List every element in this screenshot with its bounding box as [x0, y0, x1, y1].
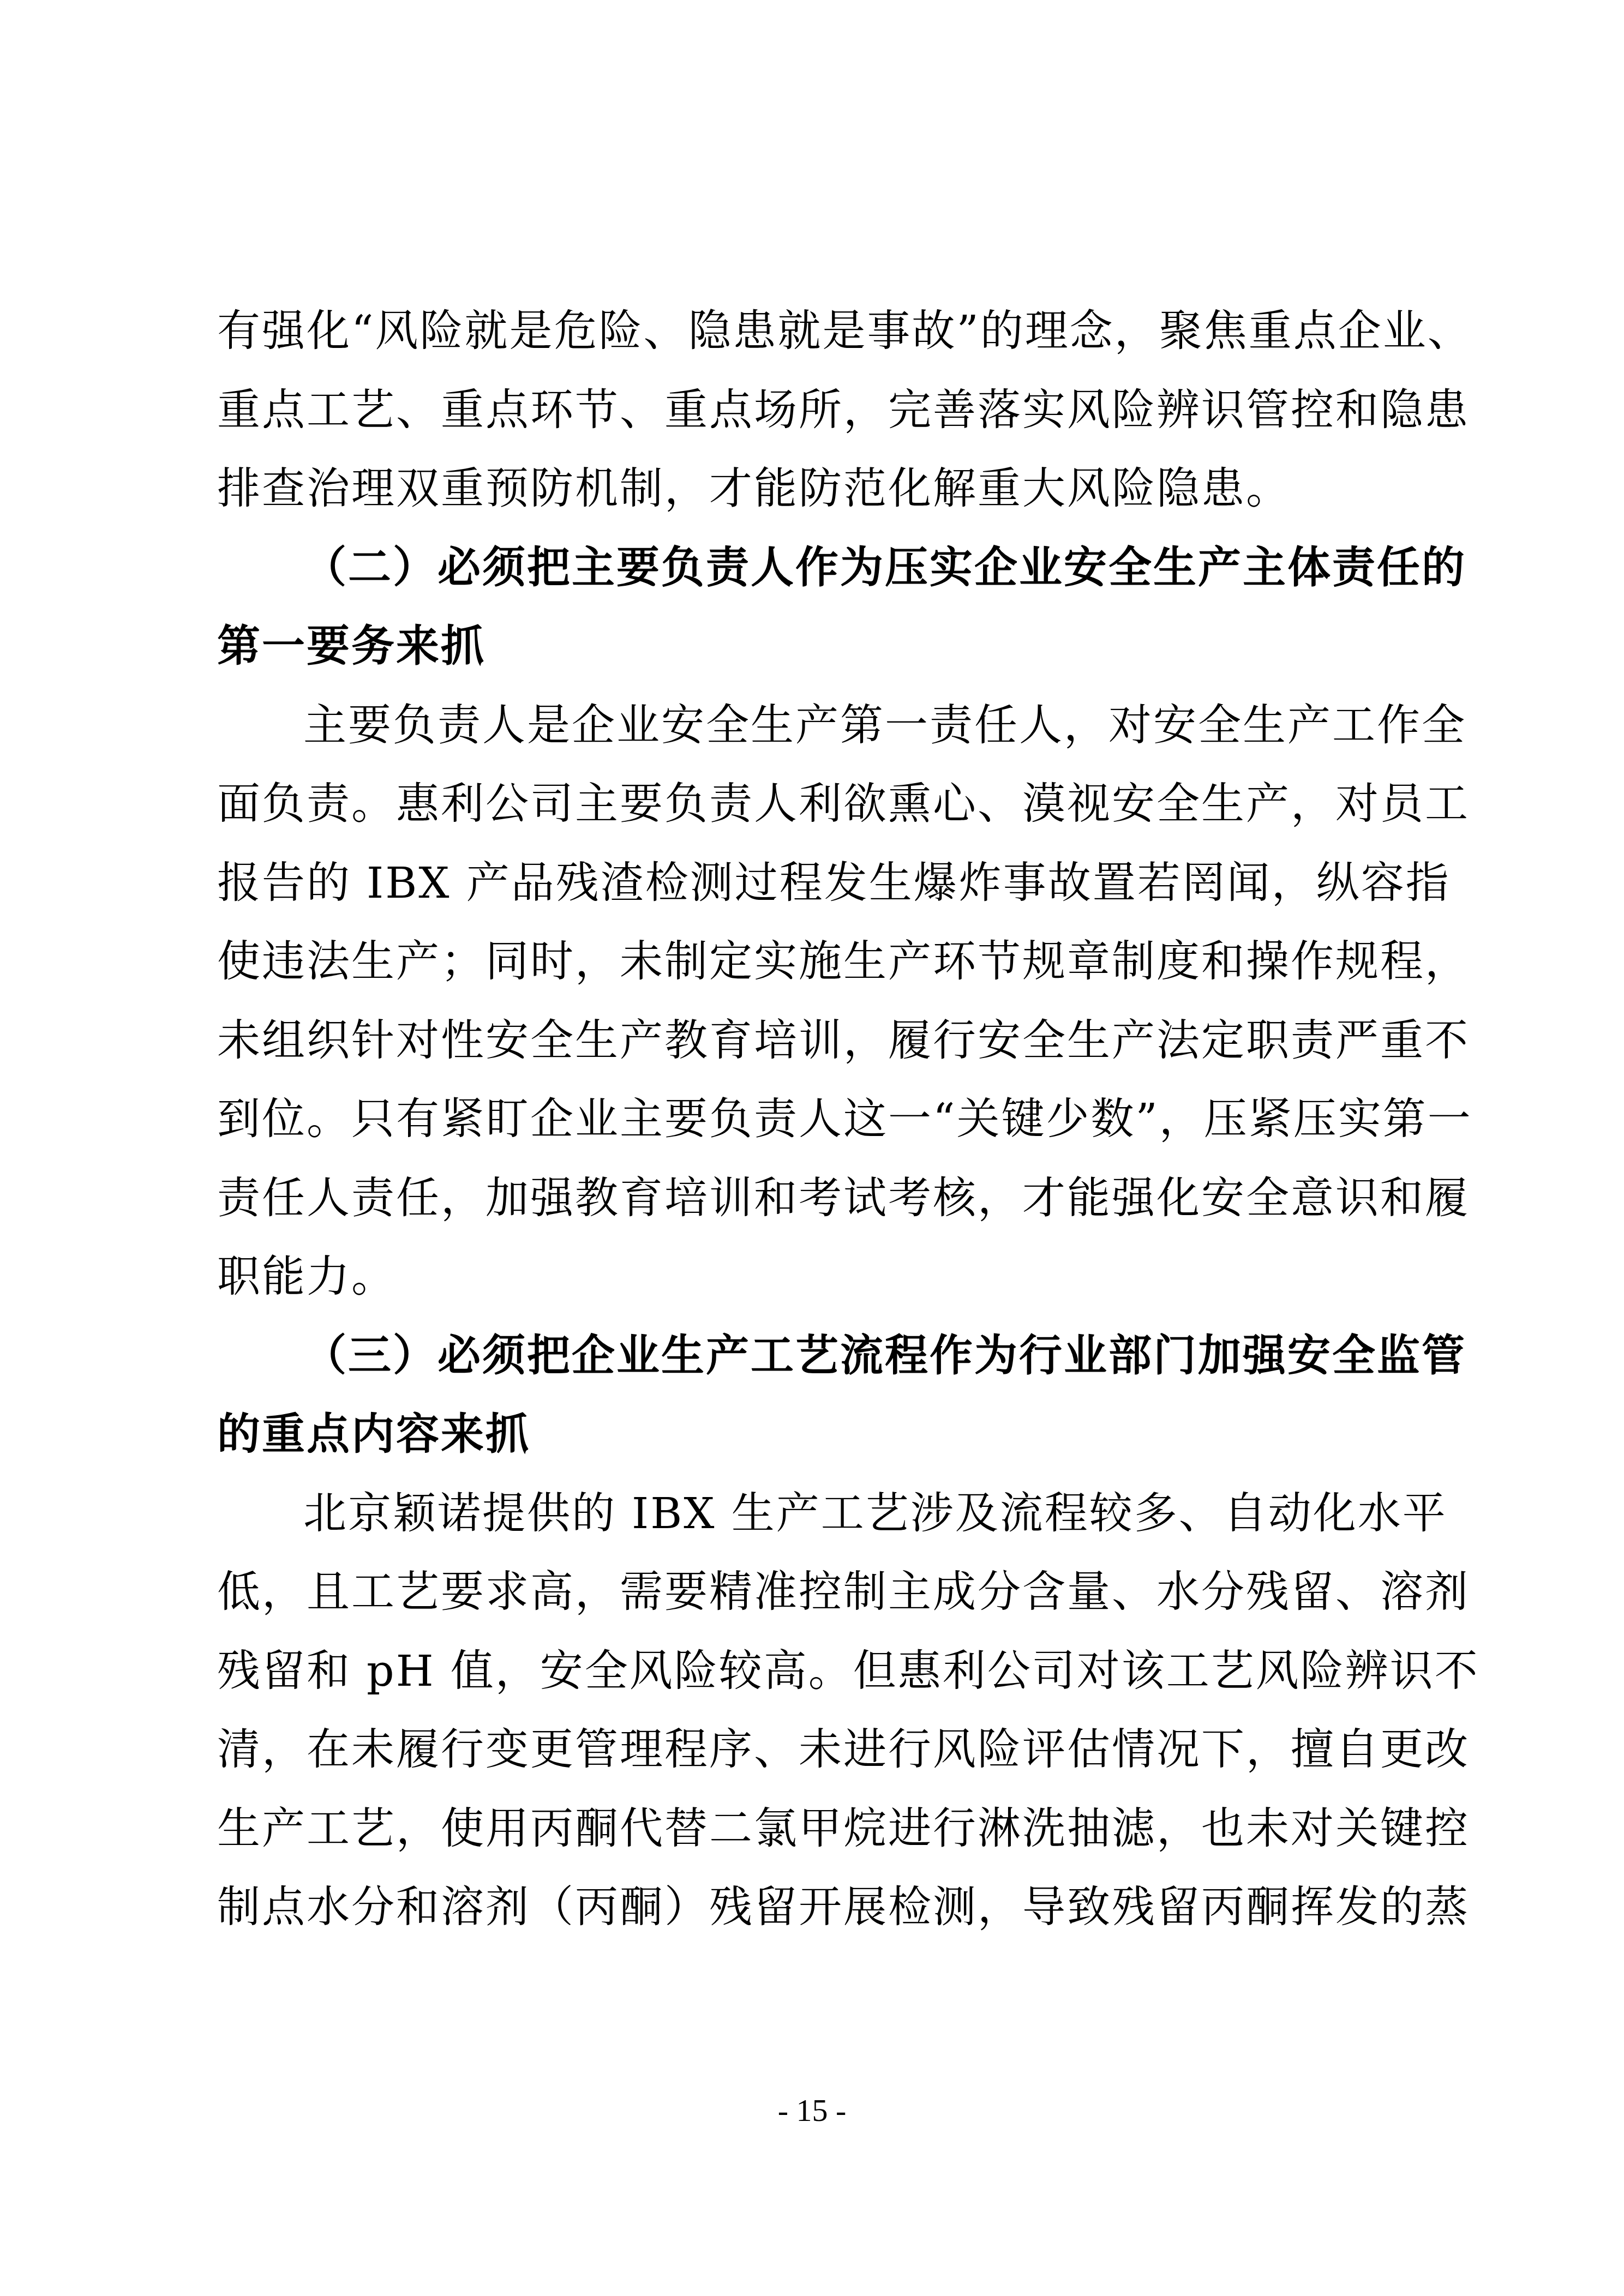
text-line: 职能力。: [217, 1237, 1417, 1317]
section-heading-2: （二）必须把主要负责人作为压实企业安全生产主体责任的 第一要务来抓: [217, 528, 1417, 686]
paragraph-principal-responsibility: 主要负责人是企业安全生产第一责任人，对安全生产工作全 面负责。惠利公司主要负责人…: [217, 686, 1417, 1317]
text-line: 面负责。惠利公司主要负责人利欲熏心、漠视安全生产，对员工: [217, 765, 1417, 844]
paragraph-process-supervision: 北京颖诺提供的 IBX 生产工艺涉及流程较多、自动化水平 低，且工艺要求高，需要…: [217, 1474, 1417, 1947]
heading-line: 第一要务来抓: [217, 607, 1417, 686]
section-heading-3: （三）必须把企业生产工艺流程作为行业部门加强安全监管 的重点内容来抓: [217, 1317, 1417, 1474]
text-line: 使违法生产；同时，未制定实施生产环节规章制度和操作规程，: [217, 922, 1417, 1001]
text-line: 北京颖诺提供的 IBX 生产工艺涉及流程较多、自动化水平: [217, 1474, 1417, 1553]
document-page: 有强化“风险就是危险、隐患就是事故”的理念，聚焦重点企业、 重点工艺、重点环节、…: [0, 0, 1624, 2296]
paragraph-risk-prevention: 有强化“风险就是危险、隐患就是事故”的理念，聚焦重点企业、 重点工艺、重点环节、…: [217, 292, 1417, 528]
text-line: 有强化“风险就是危险、隐患就是事故”的理念，聚焦重点企业、: [217, 292, 1417, 371]
text-line: 未组织针对性安全生产教育培训，履行安全生产法定职责严重不: [217, 1001, 1417, 1080]
document-body: 有强化“风险就是危险、隐患就是事故”的理念，聚焦重点企业、 重点工艺、重点环节、…: [217, 292, 1417, 1947]
text-line: 到位。只有紧盯企业主要负责人这一“关键少数”，压紧压实第一: [217, 1080, 1417, 1159]
text-line: 生产工艺，使用丙酮代替二氯甲烷进行淋洗抽滤，也未对关键控: [217, 1789, 1417, 1868]
text-line: 重点工艺、重点环节、重点场所，完善落实风险辨识管控和隐患: [217, 371, 1417, 450]
heading-line: （三）必须把企业生产工艺流程作为行业部门加强安全监管: [217, 1317, 1417, 1396]
page-number: - 15 -: [0, 2083, 1624, 2138]
heading-line: （二）必须把主要负责人作为压实企业安全生产主体责任的: [217, 528, 1417, 608]
text-line: 残留和 pH 值，安全风险较高。但惠利公司对该工艺风险辨识不: [217, 1632, 1417, 1711]
text-line: 低，且工艺要求高，需要精准控制主成分含量、水分残留、溶剂: [217, 1553, 1417, 1632]
text-line: 制点水分和溶剂（丙酮）残留开展检测，导致残留丙酮挥发的蒸: [217, 1868, 1417, 1947]
text-line: 主要负责人是企业安全生产第一责任人，对安全生产工作全: [217, 686, 1417, 765]
text-line: 报告的 IBX 产品残渣检测过程发生爆炸事故置若罔闻，纵容指: [217, 844, 1417, 923]
text-line: 排查治理双重预防机制，才能防范化解重大风险隐患。: [217, 449, 1417, 528]
text-line: 责任人责任，加强教育培训和考试考核，才能强化安全意识和履: [217, 1159, 1417, 1238]
text-line: 清，在未履行变更管理程序、未进行风险评估情况下，擅自更改: [217, 1710, 1417, 1789]
heading-line: 的重点内容来抓: [217, 1395, 1417, 1474]
